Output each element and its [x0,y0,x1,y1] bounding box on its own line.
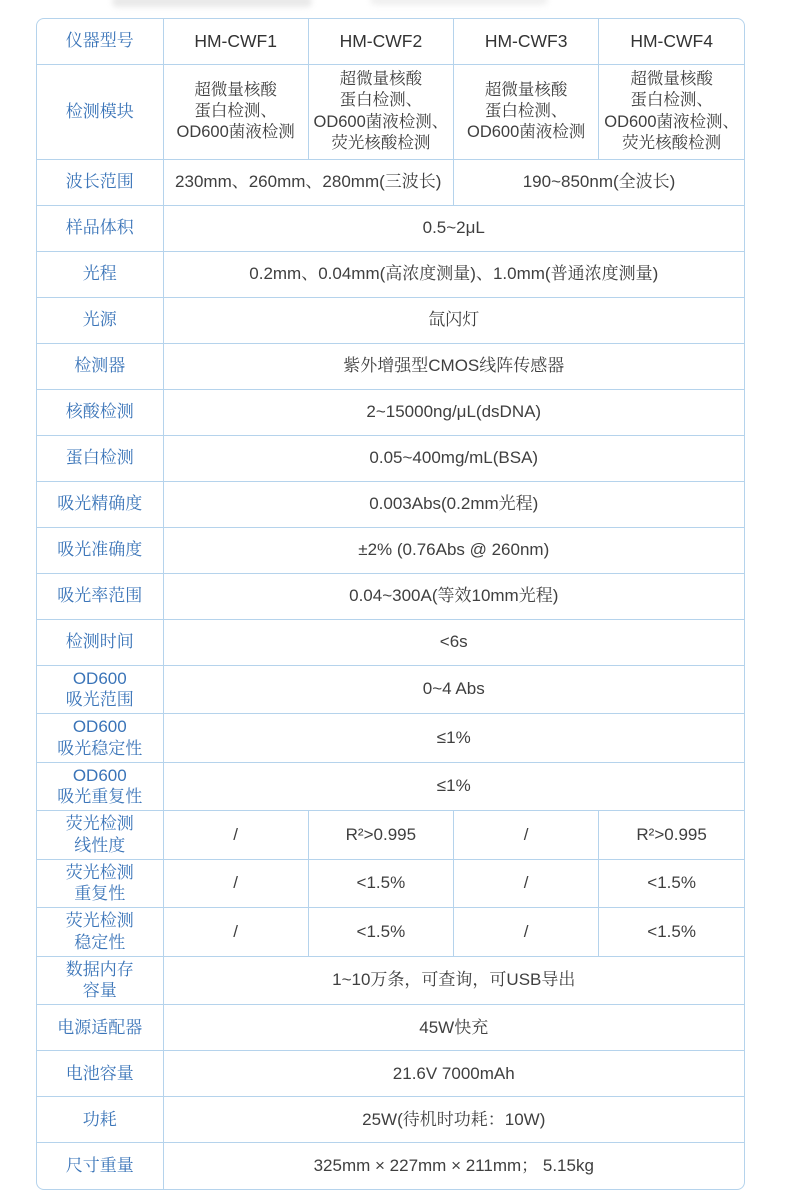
spec-row: 数据内存 容量1~10万条，可查询，可USB导出 [37,956,744,1005]
value-cell: 0.2mm、0.04mm(高浓度测量)、1.0mm(普通浓度测量) [163,251,744,297]
row-label-cell: 荧光检测 重复性 [37,859,163,908]
model-header-cell: HM-CWF3 [454,19,599,64]
value-cell: 0.5~2μL [163,205,744,251]
value-cell: 1~10万条，可查询，可USB导出 [163,956,744,1005]
value-cell: 超微量核酸 蛋白检测、 OD600菌液检测 [163,64,308,159]
row-label-cell: 核酸检测 [37,389,163,435]
value-cell: 0~4 Abs [163,665,744,714]
header-label-cell: 仪器型号 [37,19,163,64]
header-row: 仪器型号HM-CWF1HM-CWF2HM-CWF3HM-CWF4 [37,19,744,64]
row-label-cell: 尺寸重量 [37,1143,163,1189]
value-cell: 325mm × 227mm × 211mm； 5.15kg [163,1143,744,1189]
value-cell: <1.5% [308,859,453,908]
value-cell: <1.5% [599,859,744,908]
row-label-cell: 光程 [37,251,163,297]
row-label-cell: 检测器 [37,343,163,389]
row-label-cell: OD600 吸光范围 [37,665,163,714]
value-cell: R²>0.995 [599,811,744,860]
value-cell: / [454,908,599,957]
row-label-cell: 吸光率范围 [37,573,163,619]
value-cell: / [454,859,599,908]
value-cell: 紫外增强型CMOS线阵传感器 [163,343,744,389]
spec-row: 电源适配器45W快充 [37,1005,744,1051]
model-header-cell: HM-CWF4 [599,19,744,64]
row-label-cell: 样品体积 [37,205,163,251]
value-cell: 0.003Abs(0.2mm光程) [163,481,744,527]
spec-row: OD600 吸光重复性≤1% [37,762,744,811]
row-label-cell: 光源 [37,297,163,343]
value-cell: 45W快充 [163,1005,744,1051]
value-cell: 氙闪灯 [163,297,744,343]
spec-row: 光源氙闪灯 [37,297,744,343]
value-cell: 超微量核酸 蛋白检测、 OD600菌液检测 [454,64,599,159]
spec-table-body: 仪器型号HM-CWF1HM-CWF2HM-CWF3HM-CWF4检测模块超微量核… [37,19,744,1189]
value-cell: / [163,908,308,957]
value-cell: 0.04~300A(等效10mm光程) [163,573,744,619]
spec-row: OD600 吸光范围0~4 Abs [37,665,744,714]
value-cell: <1.5% [308,908,453,957]
row-label-cell: 波长范围 [37,159,163,205]
model-header-cell: HM-CWF1 [163,19,308,64]
row-label-cell: 电源适配器 [37,1005,163,1051]
spec-row: 电池容量21.6V 7000mAh [37,1051,744,1097]
spec-row: 荧光检测 重复性/<1.5%/<1.5% [37,859,744,908]
page-root: 仪器型号HM-CWF1HM-CWF2HM-CWF3HM-CWF4检测模块超微量核… [0,0,790,1201]
value-cell: 超微量核酸 蛋白检测、 OD600菌液检测、 荧光核酸检测 [599,64,744,159]
value-cell: 230mm、260mm、280mm(三波长) [163,159,454,205]
value-cell: 0.05~400mg/mL(BSA) [163,435,744,481]
row-label-cell: 吸光准确度 [37,527,163,573]
value-cell: 2~15000ng/μL(dsDNA) [163,389,744,435]
spec-row: 功耗25W(待机时功耗：10W) [37,1097,744,1143]
value-cell: 190~850nm(全波长) [454,159,745,205]
spec-row: 检测时间<6s [37,619,744,665]
value-cell: / [163,859,308,908]
row-label-cell: 检测模块 [37,64,163,159]
spec-row: 核酸检测2~15000ng/μL(dsDNA) [37,389,744,435]
spec-table-container: 仪器型号HM-CWF1HM-CWF2HM-CWF3HM-CWF4检测模块超微量核… [36,18,745,1190]
row-label-cell: OD600 吸光重复性 [37,762,163,811]
cropped-banner-smudge-2 [370,0,548,5]
spec-row: 荧光检测 线性度/R²>0.995/R²>0.995 [37,811,744,860]
spec-row: 波长范围230mm、260mm、280mm(三波长)190~850nm(全波长) [37,159,744,205]
value-cell: 25W(待机时功耗：10W) [163,1097,744,1143]
spec-row: 荧光检测 稳定性/<1.5%/<1.5% [37,908,744,957]
row-label-cell: 电池容量 [37,1051,163,1097]
row-label-cell: 功耗 [37,1097,163,1143]
value-cell: <1.5% [599,908,744,957]
value-cell: ≤1% [163,762,744,811]
row-label-cell: 检测时间 [37,619,163,665]
value-cell: ±2% (0.76Abs @ 260nm) [163,527,744,573]
value-cell: R²>0.995 [308,811,453,860]
model-header-cell: HM-CWF2 [308,19,453,64]
spec-row: 吸光准确度±2% (0.76Abs @ 260nm) [37,527,744,573]
spec-row: 检测模块超微量核酸 蛋白检测、 OD600菌液检测超微量核酸 蛋白检测、 OD6… [37,64,744,159]
spec-row: 吸光精确度0.003Abs(0.2mm光程) [37,481,744,527]
value-cell: <6s [163,619,744,665]
row-label-cell: 荧光检测 稳定性 [37,908,163,957]
spec-row: 样品体积0.5~2μL [37,205,744,251]
spec-row: OD600 吸光稳定性≤1% [37,714,744,763]
value-cell: / [454,811,599,860]
row-label-cell: 蛋白检测 [37,435,163,481]
row-label-cell: OD600 吸光稳定性 [37,714,163,763]
value-cell: 21.6V 7000mAh [163,1051,744,1097]
cropped-banner-smudge [112,0,312,7]
row-label-cell: 数据内存 容量 [37,956,163,1005]
spec-row: 尺寸重量325mm × 227mm × 211mm； 5.15kg [37,1143,744,1189]
value-cell: 超微量核酸 蛋白检测、 OD600菌液检测、 荧光核酸检测 [308,64,453,159]
value-cell: / [163,811,308,860]
spec-row: 蛋白检测0.05~400mg/mL(BSA) [37,435,744,481]
spec-row: 检测器紫外增强型CMOS线阵传感器 [37,343,744,389]
row-label-cell: 吸光精确度 [37,481,163,527]
spec-row: 吸光率范围0.04~300A(等效10mm光程) [37,573,744,619]
spec-table: 仪器型号HM-CWF1HM-CWF2HM-CWF3HM-CWF4检测模块超微量核… [37,19,744,1189]
value-cell: ≤1% [163,714,744,763]
spec-row: 光程0.2mm、0.04mm(高浓度测量)、1.0mm(普通浓度测量) [37,251,744,297]
row-label-cell: 荧光检测 线性度 [37,811,163,860]
